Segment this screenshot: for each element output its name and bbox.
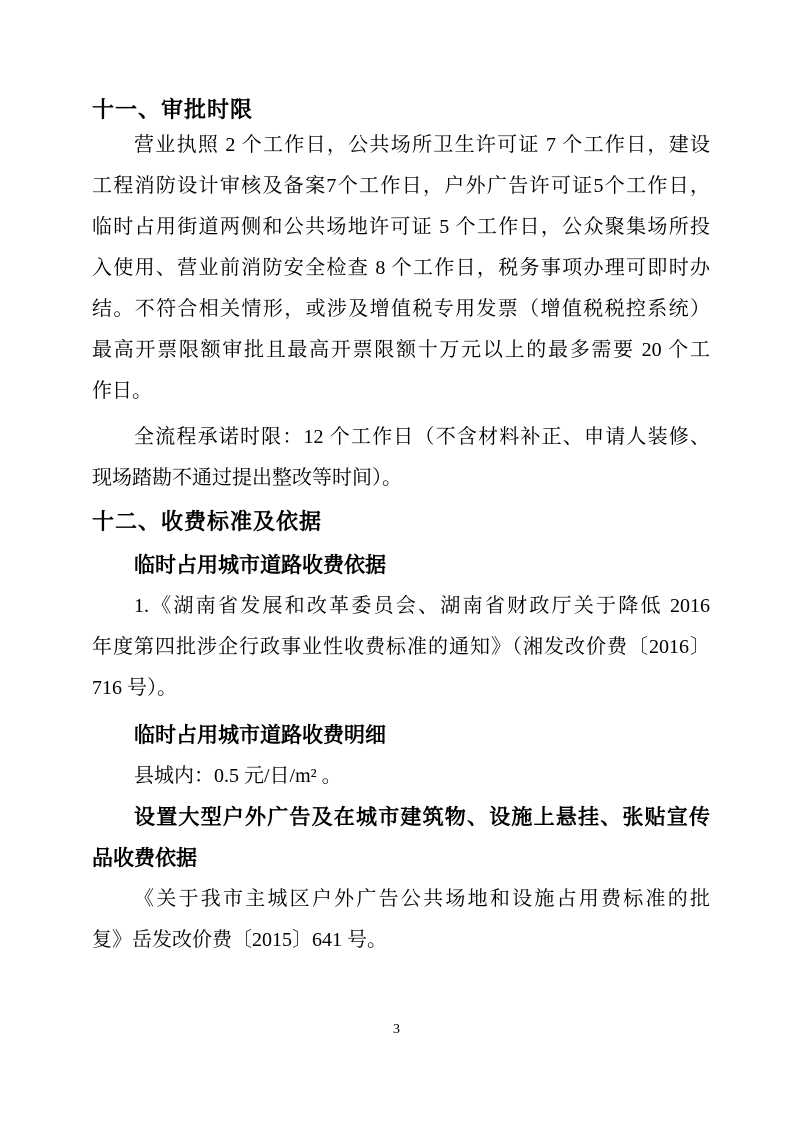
- section-12-heading: 十二、收费标准及依据: [92, 507, 710, 537]
- section-11-paragraph-1: 营业执照 2 个工作日，公共场所卫生许可证 7 个工作日，建设 工程消防设计审核…: [92, 125, 710, 412]
- document-page: 十一、审批时限 营业执照 2 个工作日，公共场所卫生许可证 7 个工作日，建设 …: [0, 0, 793, 1122]
- body-line: 《关于我市主城区户外广告公共场地和设施占用费标准的批: [92, 879, 710, 920]
- body-line: 年度第四批涉企行政事业性收费标准的通知》（湘发改价费〔2016〕: [92, 627, 710, 668]
- body-line: 结。不符合相关情形，或涉及增值税专用发票（增值税税控系统）: [92, 289, 710, 330]
- body-line: 临时占用街道两侧和公共场地许可证 5 个工作日，公众聚集场所投: [92, 207, 710, 248]
- section-12-paragraph-3: 《关于我市主城区户外广告公共场地和设施占用费标准的批 复》岳发改价费〔2015〕…: [92, 879, 710, 961]
- body-line: 1.《湖南省发展和改革委员会、湖南省财政厅关于降低 2016: [92, 586, 710, 627]
- body-line: 现场踏勘不通过提出整改等时间）。: [92, 458, 710, 499]
- body-line: 县城内：0.5 元/日/m² 。: [92, 756, 710, 797]
- body-line: 作日。: [92, 371, 710, 412]
- subheading-line: 设置大型户外广告及在城市建筑物、设施上悬挂、张贴宣传: [92, 797, 710, 838]
- body-line: 营业执照 2 个工作日，公共场所卫生许可证 7 个工作日，建设: [92, 125, 710, 166]
- document-body: 十一、审批时限 营业执照 2 个工作日，公共场所卫生许可证 7 个工作日，建设 …: [92, 90, 710, 961]
- subheading-road-fee-detail: 临时占用城市道路收费明细: [92, 715, 710, 756]
- body-line: 最高开票限额审批且最高开票限额十万元以上的最多需要 20 个工: [92, 330, 710, 371]
- body-line: 全流程承诺时限：12 个工作日（不含材料补正、申请人装修、: [92, 417, 710, 458]
- body-line: 入使用、营业前消防安全检查 8 个工作日，税务事项办理可即时办: [92, 248, 710, 289]
- section-11-heading: 十一、审批时限: [92, 95, 710, 125]
- subheading-line: 品收费依据: [92, 838, 710, 879]
- section-12-paragraph-2: 县城内：0.5 元/日/m² 。: [92, 756, 710, 797]
- subheading-road-fee-basis: 临时占用城市道路收费依据: [92, 545, 710, 586]
- page-number: 3: [0, 1020, 793, 1040]
- section-12-paragraph-1: 1.《湖南省发展和改革委员会、湖南省财政厅关于降低 2016 年度第四批涉企行政…: [92, 586, 710, 709]
- body-line: 工程消防设计审核及备案7个工作日，户外广告许可证5个工作日，: [92, 166, 710, 207]
- body-line: 复》岳发改价费〔2015〕641 号。: [92, 920, 710, 961]
- body-line: 716 号）。: [92, 668, 710, 709]
- subheading-outdoor-ad-fee-basis: 设置大型户外广告及在城市建筑物、设施上悬挂、张贴宣传 品收费依据: [92, 797, 710, 879]
- section-11-paragraph-2: 全流程承诺时限：12 个工作日（不含材料补正、申请人装修、 现场踏勘不通过提出整…: [92, 417, 710, 499]
